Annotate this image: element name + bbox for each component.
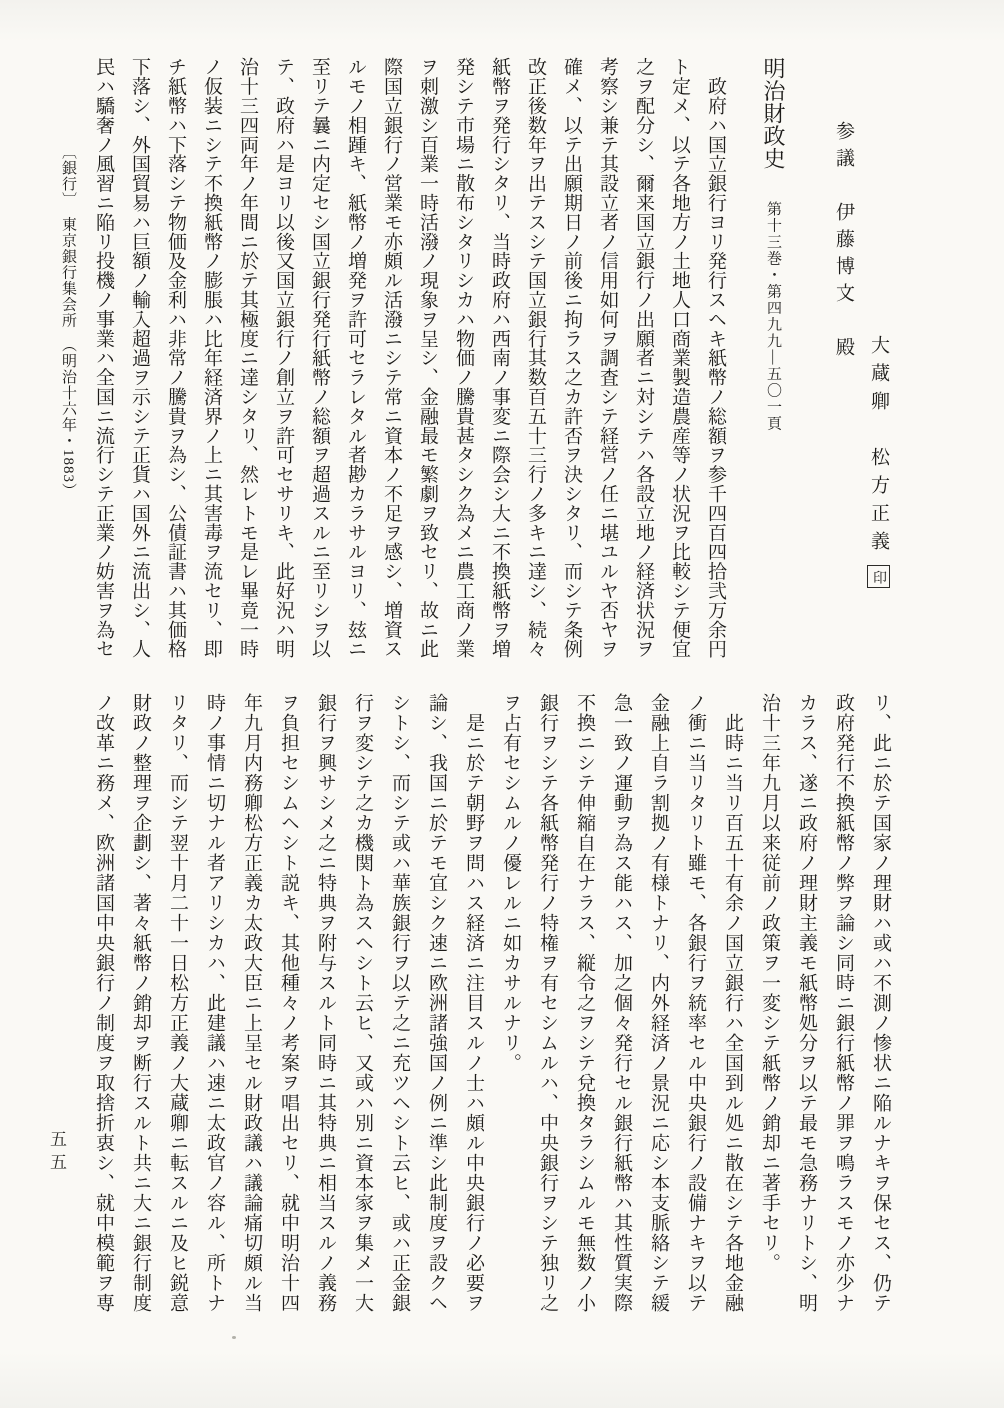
text-column: 論シ、我国ニ於テモ宜シク速ニ欧洲諸強国ノ例ニ準シ此制度ヲ設クヘ xyxy=(427,693,446,1343)
volume-page-reference: 第十三巻・第四九九―五〇一頁 xyxy=(765,201,781,432)
source-citation: 〔銀行〕 東京銀行集会所 （明治十六年・1883） xyxy=(58,57,77,657)
sender-line: 大蔵卿 松方正義印 xyxy=(867,57,890,657)
text-column: 急一致ノ運動ヲ為ス能ハス、加之個々発行セル銀行紙幣ハ其性質実際 xyxy=(612,693,631,1343)
text-column: ノ仮装ニシテ不換紙幣ノ膨脹ハ比年経済界ノ上ニ其害毒ヲ流セリ、即 xyxy=(202,57,221,657)
text-column: 不換ニシテ伸縮自在ナラス、縦令之ヲシテ兌換タラシムルモ無数ノ小 xyxy=(575,693,594,1343)
text-column: ノ改革ニ務メ、欧洲諸国中央銀行ノ制度ヲ取捨折衷シ、就中模範ヲ専 xyxy=(94,693,113,1343)
text-column: ヲ占有セシムルノ優レルニ如カサルナリ。 xyxy=(501,693,520,1343)
text-column: 改正後数年ヲ出テスシテ国立銀行其数百五十三行ノ多キニ達シ、続々 xyxy=(526,57,545,657)
text-column: 紙幣ヲ発行シタリ、当時政府ハ西南ノ事変ニ際会シ大ニ不換紙幣ヲ増 xyxy=(490,57,509,657)
text-column: リ、此ニ於テ国家ノ理財ハ或ハ不測ノ惨状ニ陥ルナキヲ保セス、仍テ xyxy=(871,693,890,1343)
text-column: チ紙幣ハ下落シテ物価及金利ハ非常ノ騰貴ヲ為シ、公債証書ハ其価格 xyxy=(166,57,185,657)
text-column: 確メ、以テ出願期日ノ前後ニ拘ラス之カ許否ヲ決シタリ、而シテ条例 xyxy=(562,57,581,657)
scanned-document-page: 大蔵卿 松方正義印 参議 伊藤博文 殿 明治財政史第十三巻・第四九九―五〇一頁 … xyxy=(0,0,1004,1408)
text-column: 年九月内務卿松方正義カ太政大臣ニ上呈セル財政議ハ議論痛切頗ル当 xyxy=(242,693,261,1343)
text-column: 政府発行不換紙幣ノ弊ヲ論シ同時ニ銀行紙幣ノ罪ヲ鳴ラスモノ亦少ナ xyxy=(834,693,853,1343)
text-column: 銀行ヲシテ各紙幣発行ノ特権ヲ有セシムルハ、中央銀行ヲシテ独リ之 xyxy=(538,693,557,1343)
text-column: 時ノ事情ニ切ナル者アリシカハ、此建議ハ速ニ太政官ノ容ル、所トナ xyxy=(205,693,224,1343)
text-column: ヲ刺激シ百業一時活潑ノ現象ヲ呈シ、金融最モ繁劇ヲ致セリ、故ニ此 xyxy=(418,57,437,657)
text-column: 際国立銀行ノ営業モ亦頗ル活潑ニシテ常ニ資本ノ不足ヲ感シ、増資ス xyxy=(382,57,401,657)
text-column: 銀行ヲ興サシメ之ニ特典ヲ附与スルト同時ニ其特典ニ相当スルノ義務 xyxy=(316,693,335,1343)
text-column: ノ衝ニ当リタリト雖モ、各銀行ヲ統率セル中央銀行ノ設備ナキヲ以テ xyxy=(686,693,705,1343)
text-column: 之ヲ配分シ、爾来国立銀行ノ出願者ニ対シテハ各設立地ノ経済状況ヲ xyxy=(634,57,653,657)
page-number: 五五 xyxy=(44,1130,69,1176)
text-column: 治十三四両年ノ年間ニ於テ其極度ニ達シタリ、然レトモ是レ畢竟一時 xyxy=(238,57,257,657)
text-column: 至リテ曩ニ内定セシ国立銀行発行紙幣ノ総額ヲ超過スルニ至リシヲ以 xyxy=(310,57,329,657)
text-column: 行ヲ変シテ之カ機関ト為スヘシト云ヒ、又或ハ別ニ資本家ヲ集メ一大 xyxy=(353,693,372,1343)
text-column: 政府ハ国立銀行ヨリ発行スヘキ紙幣ノ総額ヲ参千四百四拾弐万余円 xyxy=(706,57,725,657)
upper-text-block: 大蔵卿 松方正義印 参議 伊藤博文 殿 明治財政史第十三巻・第四九九―五〇一頁 … xyxy=(58,57,890,657)
text-column: 治十三年九月以来従前ノ政策ヲ一変シテ紙幣ノ銷却ニ著手セリ。 xyxy=(760,693,779,1343)
text-column: 是ニ於テ朝野ヲ問ハス経済ニ注目スルノ士ハ頗ル中央銀行ノ必要ヲ xyxy=(464,693,483,1343)
text-column: ヲ負担セシムヘシト説キ、其他種々ノ考案ヲ唱出セリ、就中明治十四 xyxy=(279,693,298,1343)
text-column: カラス、遂ニ政府ノ理財主義モ紙幣処分ヲ以テ最モ急務ナリトシ、明 xyxy=(797,693,816,1343)
sender-name: 大蔵卿 松方正義 xyxy=(868,335,889,559)
text-column: 此時ニ当リ百五十有余ノ国立銀行ハ全国到ル処ニ散在シテ各地金融 xyxy=(723,693,742,1343)
text-column: 民ハ驕奢ノ風習ニ陥リ投機ノ事業ハ全国ニ流行シテ正業ノ妨害ヲ為セ xyxy=(94,57,113,657)
text-column: 考察シ兼テ其設立者ノ信用如何ヲ調査シテ経営ノ任ニ堪ユルヤ否ヤヲ xyxy=(598,57,617,657)
text-column: テ、政府ハ是ヨリ以後又国立銀行ノ創立ヲ許可セサリキ、此好況ハ明 xyxy=(274,57,293,657)
text-column: リタリ、而シテ翌十月二十一日松方正義ノ大蔵卿ニ転スルニ及ヒ鋭意 xyxy=(168,693,187,1343)
text-column: 下落シ、外国貿易ハ巨額ノ輸入超過ヲ示シテ正貨ハ国外ニ流出シ、人 xyxy=(130,57,149,657)
text-column: 金融上自ラ割拠ノ有様トナリ、内外経済ノ景況ニ応シ本支脈絡シテ緩 xyxy=(649,693,668,1343)
lower-text-block: リ、此ニ於テ国家ノ理財ハ或ハ不測ノ惨状ニ陥ルナキヲ保セス、仍テ 政府発行不換紙幣… xyxy=(76,693,890,1343)
seal-stamp-icon: 印 xyxy=(867,565,890,588)
title-column: 明治財政史第十三巻・第四九九―五〇一頁 xyxy=(763,57,783,657)
text-column: ルモノ相踵キ、紙幣ノ増発ヲ許可セラレタル者尠カラサルヨリ、玆ニ xyxy=(346,57,365,657)
document-title: 明治財政史 xyxy=(761,57,786,170)
text-column: シトシ、而シテ或ハ華族銀行ヲ以テ之ニ充ツヘシト云ヒ、或ハ正金銀 xyxy=(390,693,409,1343)
text-column: ト定メ、以テ各地方ノ土地人口商業製造農産等ノ状況ヲ比較シテ便宜 xyxy=(670,57,689,657)
addressee-line: 参議 伊藤博文 殿 xyxy=(834,57,853,657)
scan-speck xyxy=(232,1336,236,1339)
text-column: 財政ノ整理ヲ企劃シ、著々紙幣ノ銷却ヲ断行スルト共ニ大ニ銀行制度 xyxy=(131,693,150,1343)
text-column: 発シテ市場ニ散布シタリシカハ物価ノ騰貴甚タシク為メニ農工商ノ業 xyxy=(454,57,473,657)
